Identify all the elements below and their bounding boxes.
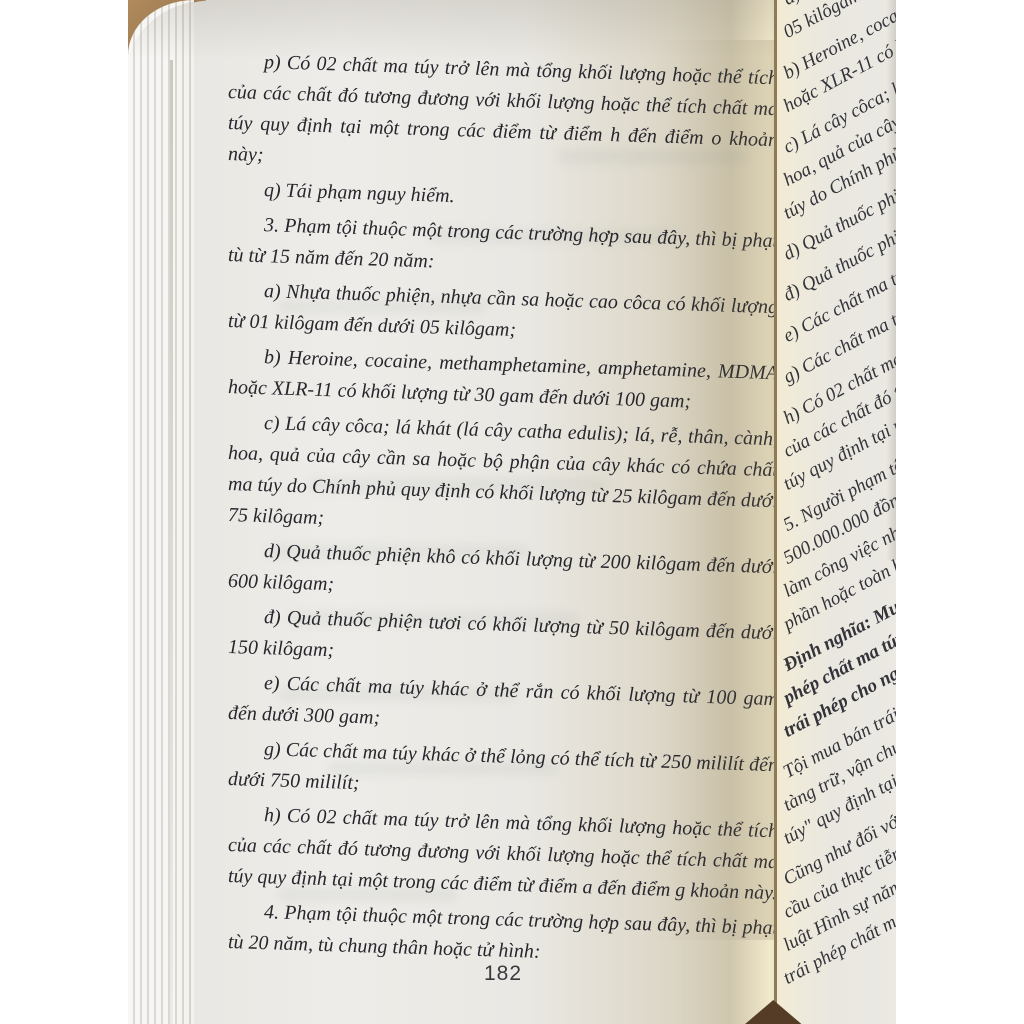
page-fore-edge bbox=[128, 0, 194, 1024]
paragraph-a: a) Nhựa thuốc phiện, nhựa cần sa hoặc ca… bbox=[228, 275, 778, 354]
paragraph-b: b) Heroine, cocaine, methamphetamine, am… bbox=[228, 341, 778, 420]
screenshot-root: { "palette":{ "frame_white":"#ffffff", "… bbox=[0, 0, 1024, 1024]
page-number: 182 bbox=[228, 962, 778, 986]
paragraph-h: h) Có 02 chất ma túy trở lên mà tổng khố… bbox=[228, 799, 778, 909]
paragraph-c: c) Lá cây côca; lá khát (lá cây catha ed… bbox=[228, 407, 778, 548]
page-edge-line bbox=[170, 60, 173, 1024]
paragraph-3: 3. Phạm tội thuộc một trong các trường h… bbox=[228, 209, 778, 288]
paragraph-p: p) Có 02 chất ma túy trở lên mà tổng khố… bbox=[228, 46, 778, 187]
book-photo: p) Có 02 chất ma túy trở lên mà tổng khố… bbox=[128, 0, 896, 1024]
paragraph-d: d) Quả thuốc phiện khô có khối lượng từ … bbox=[228, 535, 778, 614]
paragraph-dd: đ) Quả thuốc phiện tươi có khối lượng từ… bbox=[228, 601, 778, 680]
left-page-text: p) Có 02 chất ma túy trở lên mà tổng khố… bbox=[228, 46, 778, 979]
paragraph-g: g) Các chất ma túy khác ở thể lỏng có th… bbox=[228, 733, 778, 812]
paragraph-e: e) Các chất ma túy khác ở thể rắn có khố… bbox=[228, 667, 778, 746]
right-page: a) Nhựa thuốc ph 05 kilôgam trở lên; b) … bbox=[774, 0, 896, 1024]
left-page: p) Có 02 chất ma túy trở lên mà tổng khố… bbox=[128, 0, 790, 1024]
